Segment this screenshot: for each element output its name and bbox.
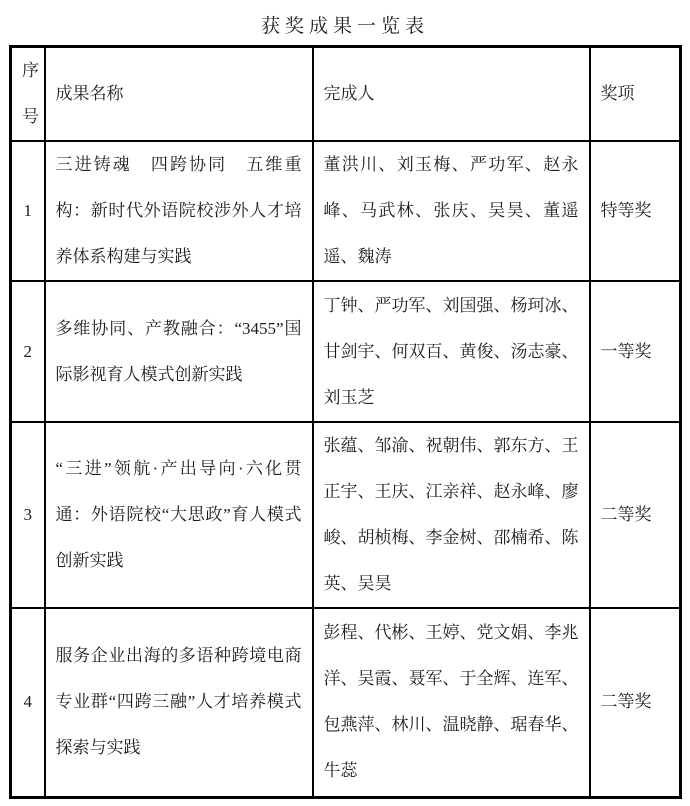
table-row: 2 多维协同、产教融合：“3455”国际影视育人模式创新实践 丁钟、严功军、刘国…	[11, 281, 681, 422]
row-index: 2	[11, 281, 45, 422]
completers-list: 彭程、代彬、王婷、党文娟、李兆洋、吴霞、聂军、于全辉、连军、包燕萍、林川、温晓静…	[313, 608, 590, 797]
header-name: 成果名称	[45, 47, 313, 142]
award-level: 二等奖	[590, 608, 681, 797]
header-index: 序号	[11, 47, 45, 142]
page-title: 获奖成果一览表	[0, 9, 690, 45]
row-index: 1	[11, 141, 45, 281]
header-completers: 完成人	[313, 47, 590, 142]
header-award: 奖项	[590, 47, 681, 142]
achievement-name: “三进”领航·产出导向·六化贯通：外语院校“大思政”育人模式创新实践	[45, 422, 313, 608]
achievement-name: 多维协同、产教融合：“3455”国际影视育人模式创新实践	[45, 281, 313, 422]
completers-list: 董洪川、刘玉梅、严功军、赵永峰、马武林、张庆、吴昊、董遥遥、魏涛	[313, 141, 590, 281]
completers-list: 丁钟、严功军、刘国强、杨珂冰、甘剑宇、何双百、黄俊、汤志豪、刘玉芝	[313, 281, 590, 422]
achievement-name: 服务企业出海的多语种跨境电商专业群“四跨三融”人才培养模式探索与实践	[45, 608, 313, 797]
award-level: 二等奖	[590, 422, 681, 608]
table-row: 4 服务企业出海的多语种跨境电商专业群“四跨三融”人才培养模式探索与实践 彭程、…	[11, 608, 681, 797]
table-row: 1 三进铸魂 四跨协同 五维重构：新时代外语院校涉外人才培养体系构建与实践 董洪…	[11, 141, 681, 281]
table-row: 3 “三进”领航·产出导向·六化贯通：外语院校“大思政”育人模式创新实践 张蕴、…	[11, 422, 681, 608]
row-index: 3	[11, 422, 45, 608]
award-level: 特等奖	[590, 141, 681, 281]
award-level: 一等奖	[590, 281, 681, 422]
achievement-name: 三进铸魂 四跨协同 五维重构：新时代外语院校涉外人才培养体系构建与实践	[45, 141, 313, 281]
awards-table: 序号 成果名称 完成人 奖项 1 三进铸魂 四跨协同 五维重构：新时代外语院校涉…	[9, 45, 682, 799]
completers-list: 张蕴、邹渝、祝朝伟、郭东方、王正宇、王庆、江亲祥、赵永峰、廖峻、胡桢梅、李金树、…	[313, 422, 590, 608]
row-index: 4	[11, 608, 45, 797]
table-header-row: 序号 成果名称 完成人 奖项	[11, 47, 681, 142]
